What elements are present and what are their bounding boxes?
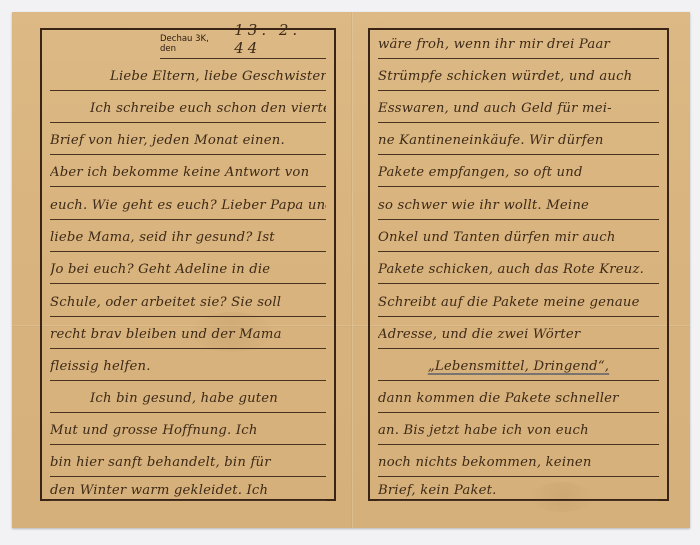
text-line: Brief von hier, jeden Monat einen. bbox=[50, 130, 326, 155]
text-line: ne Kantineneinkäufe. Wir dürfen bbox=[378, 130, 659, 155]
text-line: Esswaren, und auch Geld für mei- bbox=[378, 98, 659, 123]
text-line: Pakete schicken, auch das Rote Kreuz. bbox=[378, 259, 659, 284]
text-line: euch. Wie geht es euch? Lieber Papa und bbox=[50, 195, 326, 220]
date-value: 13. 2. 44 bbox=[234, 21, 326, 58]
text-line: Strümpfe schicken würdet, und auch bbox=[378, 66, 659, 91]
text-line: an. Bis jetzt habe ich von euch bbox=[378, 420, 659, 445]
greeting-line: Liebe Eltern, liebe Geschwister! bbox=[50, 66, 326, 91]
letter-sheet: Dechau 3K, den 13. 2. 44 Liebe Eltern, l… bbox=[12, 12, 690, 528]
text-line: Aber ich bekomme keine Antwort von bbox=[50, 162, 326, 187]
text-line: Jo bei euch? Geht Adeline in die bbox=[50, 259, 326, 284]
text-line: noch nichts bekommen, keinen bbox=[378, 452, 659, 477]
text-line: Ich bin gesund, habe guten bbox=[50, 388, 326, 413]
text-line: recht brav bleiben und der Mama bbox=[50, 324, 326, 349]
text-line: Schule, oder arbeitet sie? Sie soll bbox=[50, 292, 326, 317]
date-label: Dechau 3K, den bbox=[160, 34, 220, 58]
text-line: den Winter warm gekleidet. Ich bbox=[50, 480, 326, 501]
right-page: wäre froh, wenn ihr mir drei Paar Strümp… bbox=[368, 28, 669, 501]
vertical-fold bbox=[351, 12, 353, 528]
text-line: Onkel und Tanten dürfen mir auch bbox=[378, 227, 659, 252]
text-line: liebe Mama, seid ihr gesund? Ist bbox=[50, 227, 326, 252]
text-line: wäre froh, wenn ihr mir drei Paar bbox=[378, 34, 659, 59]
text-line: Mut und grosse Hoffnung. Ich bbox=[50, 420, 326, 445]
text-line: so schwer wie ihr wollt. Meine bbox=[378, 195, 659, 220]
text-line: fleissig helfen. bbox=[50, 356, 326, 381]
text-line: Adresse, und die zwei Wörter bbox=[378, 324, 659, 349]
text-line: Pakete empfangen, so oft und bbox=[378, 162, 659, 187]
text-line: Ich schreibe euch schon den vierten bbox=[50, 98, 326, 123]
left-page: Dechau 3K, den 13. 2. 44 Liebe Eltern, l… bbox=[40, 28, 336, 501]
highlighted-words-line: „Lebensmittel, Dringend“, bbox=[378, 356, 659, 381]
pencil-underlined-text: „Lebensmittel, Dringend“, bbox=[428, 359, 609, 374]
text-line: Brief, kein Paket. bbox=[378, 480, 659, 501]
date-row: Dechau 3K, den 13. 2. 44 bbox=[160, 34, 326, 59]
text-line: dann kommen die Pakete schneller bbox=[378, 388, 659, 413]
text-line: Schreibt auf die Pakete meine genaue bbox=[378, 292, 659, 317]
text-line: bin hier sanft behandelt, bin für bbox=[50, 452, 326, 477]
